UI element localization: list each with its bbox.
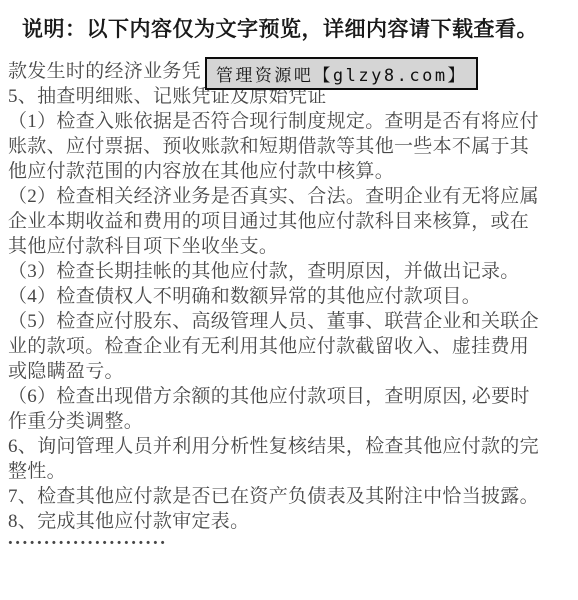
text-line: 业的款项。检查企业有无利用其他应付款截留收入、虚挂费用 — [8, 334, 574, 359]
text-line: 整性。 — [8, 459, 574, 484]
text-line: （2）检查相关经济业务是否真实、合法。查明企业有无将应属 — [8, 184, 574, 209]
text-line: 账款、应付票据、预收账款和短期借款等其他一些本不属于其 — [8, 134, 574, 159]
preview-body: 款发生时的经济业务凭5、抽查明细账、记账凭证及原始凭证（1）检查入账依据是否符合… — [8, 59, 574, 534]
text-line: 作重分类调整。 — [8, 409, 574, 434]
preview-notice: 说明：以下内容仅为文字预览，详细内容请下载查看。 — [22, 13, 538, 43]
text-line: 6、询问管理人员并利用分析性复核结果，检查其他应付款的完 — [8, 434, 574, 459]
text-line: 他应付款范围的内容放在其他应付款中核算。 — [8, 159, 574, 184]
watermark-badge: 管理资源吧【glzy8.com】 — [205, 57, 478, 90]
ellipsis-line: ...................... — [8, 528, 168, 550]
text-line: （1）检查入账依据是否符合现行制度规定。查明是否有将应付 — [8, 109, 574, 134]
text-line: 企业本期收益和费用的项目通过其他应付款科目来核算，或在 — [8, 209, 574, 234]
text-line: （5）检查应付股东、高级管理人员、董事、联营企业和关联企 — [8, 309, 574, 334]
text-line: （4）检查债权人不明确和数额异常的其他应付款项目。 — [8, 284, 574, 309]
text-line: 其他应付款科目项下坐收坐支。 — [8, 234, 574, 259]
text-line: 或隐瞒盈亏。 — [8, 359, 574, 384]
document-preview: 说明：以下内容仅为文字预览，详细内容请下载查看。 款发生时的经济业务凭5、抽查明… — [0, 0, 578, 600]
text-line: 7、检查其他应付款是否已在资产负债表及其附注中恰当披露。 — [8, 484, 574, 509]
text-line: （3）检查长期挂帐的其他应付款，查明原因，并做出记录。 — [8, 259, 574, 284]
text-line: （6）检查出现借方余额的其他应付款项目，查明原因, 必要时 — [8, 384, 574, 409]
